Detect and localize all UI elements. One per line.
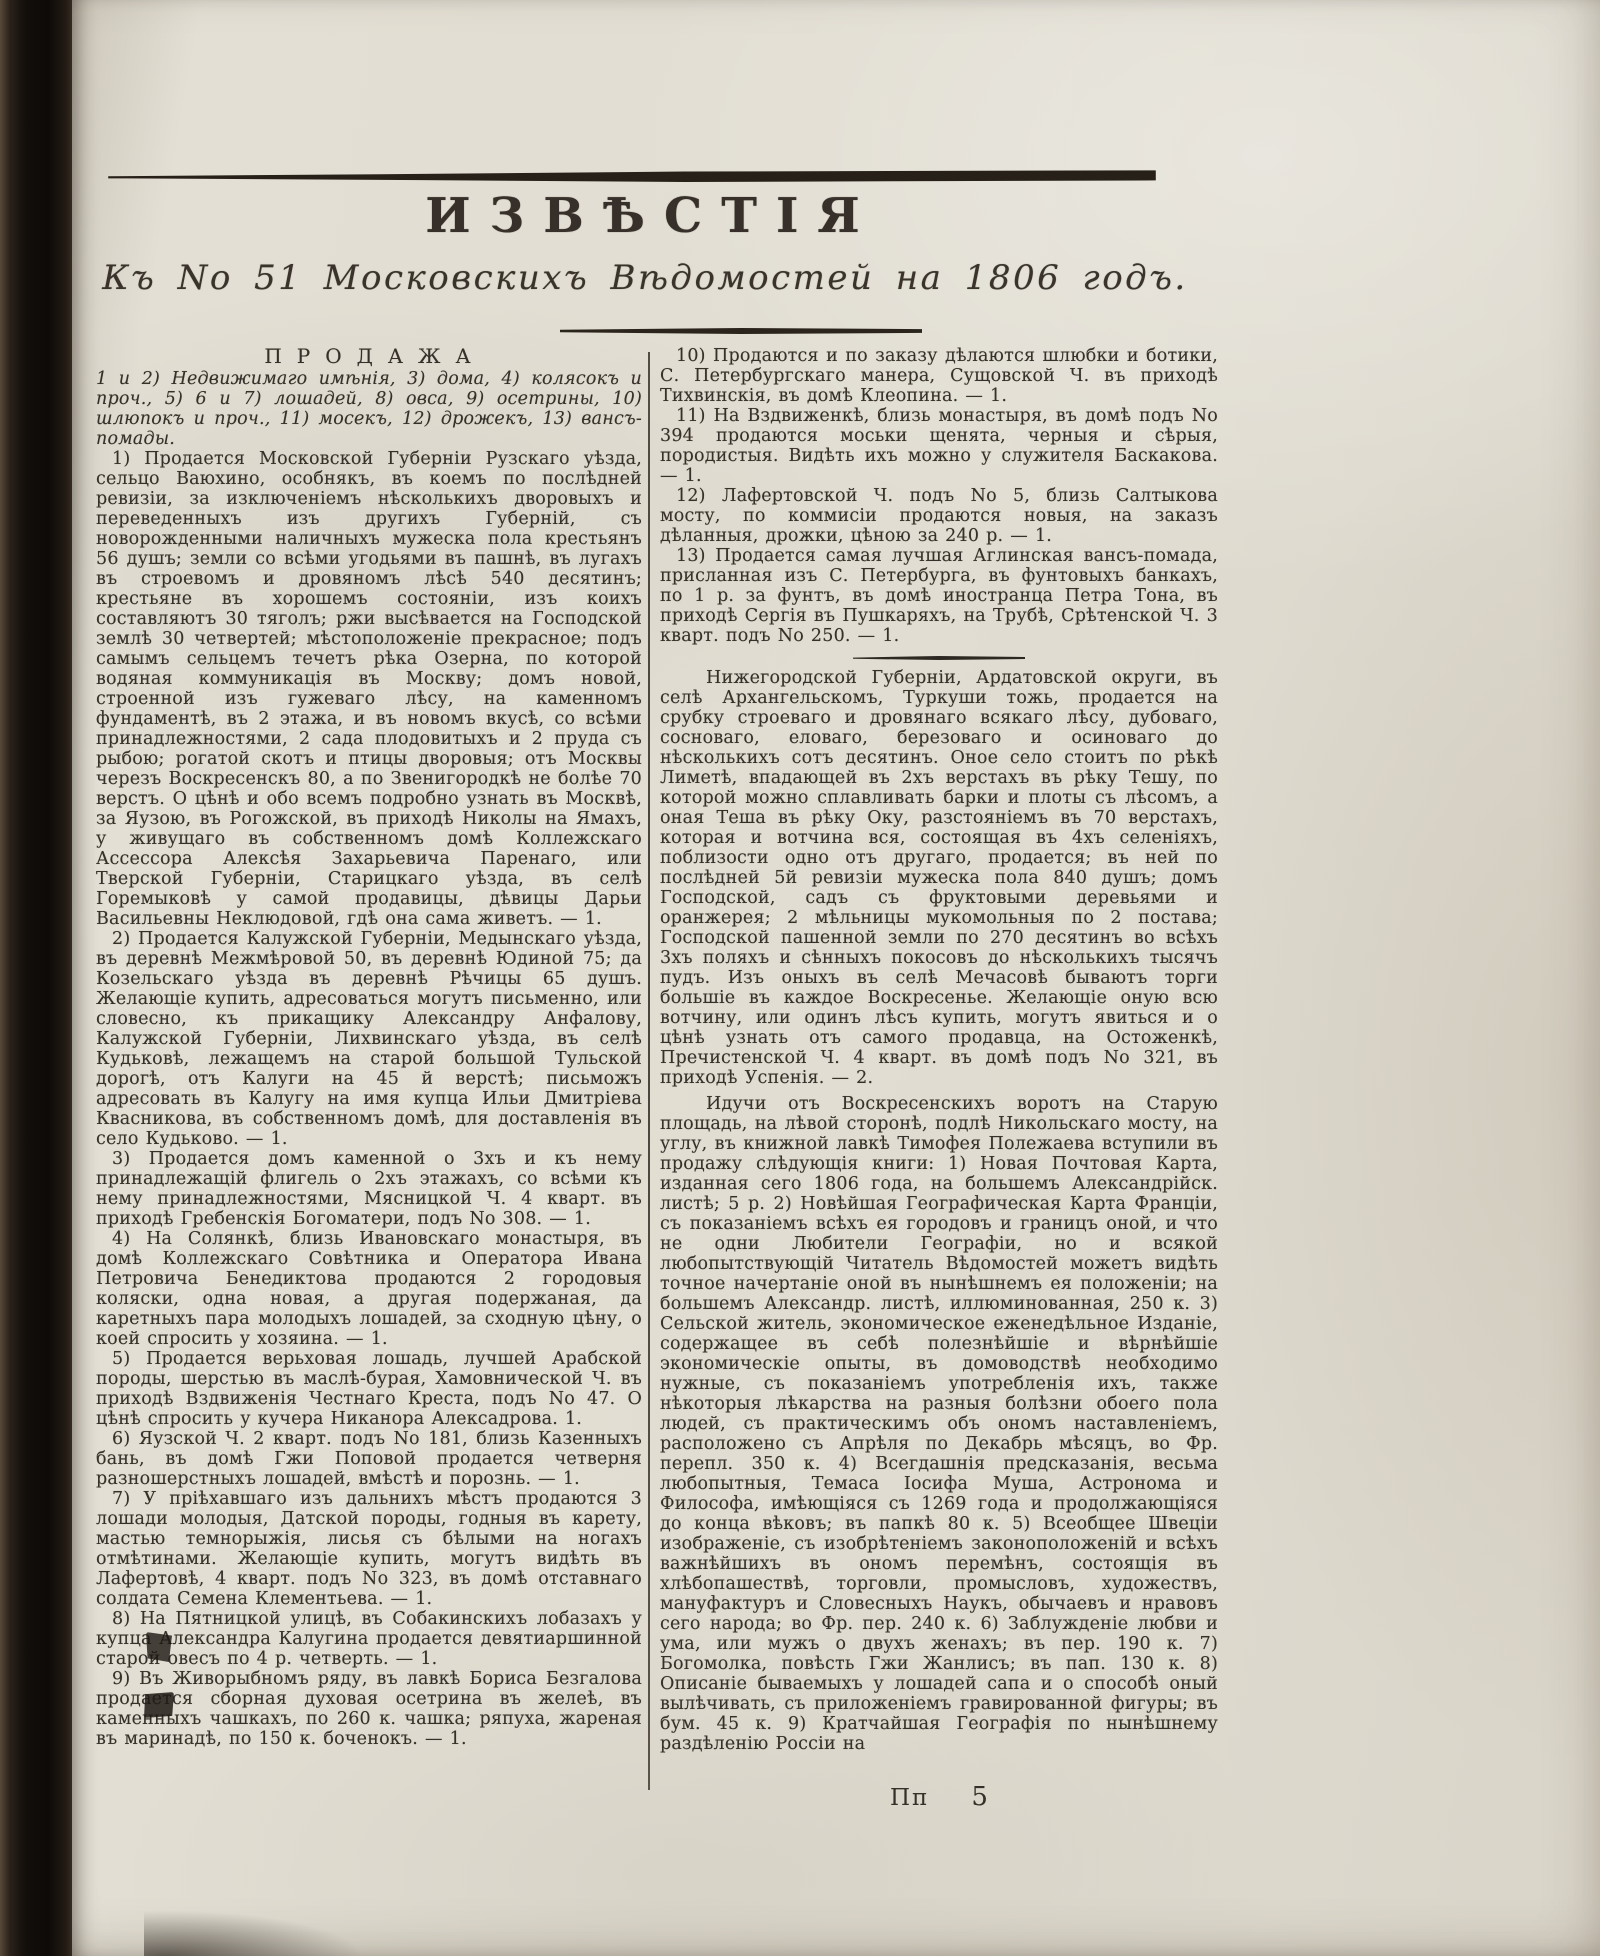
signature-page-number: 5 bbox=[971, 1782, 990, 1812]
column-divider-rule bbox=[648, 352, 650, 1790]
ad-paragraph-4: 4) На Солянкѣ, близь Ивановскаго монасты… bbox=[96, 1229, 642, 1349]
subtitle-rule bbox=[560, 328, 922, 334]
ad-paragraph-5: 5) Продается верьховая лошадь, лучшей Ар… bbox=[96, 1349, 642, 1429]
ad-paragraph-9: 9) Въ Живорыбномъ ряду, въ лавкѣ Бориса … bbox=[96, 1669, 642, 1749]
ad-paragraph-7: 7) У пріѣхавшаго изъ дальнихъ мѣстъ прод… bbox=[96, 1489, 642, 1609]
ad-paragraph-8: 8) На Пятницкой улицѣ, въ Собакинскихъ л… bbox=[96, 1609, 642, 1669]
notice-bookshop: Идучи отъ Воскресенскихъ воротъ на Стару… bbox=[660, 1094, 1218, 1754]
ink-bleed-mark bbox=[146, 1632, 172, 1662]
ad-paragraph-10: 10) Продаются и по заказу дѣлаются шлюбк… bbox=[660, 346, 1218, 406]
page-title: ИЗВѢСТІЯ bbox=[132, 188, 1172, 244]
right-column: 10) Продаются и по заказу дѣлаются шлюбк… bbox=[660, 346, 1218, 1754]
section-separator-rule bbox=[853, 656, 1025, 660]
page-subtitle: Къ No 51 Московскихъ Вѣдомостей на 1806 … bbox=[100, 258, 1190, 298]
section-index: 1 и 2) Недвижимаго имѣнія, 3) дома, 4) к… bbox=[96, 369, 642, 449]
left-column: ПРОДАЖА 1 и 2) Недвижимаго имѣнія, 3) до… bbox=[96, 346, 642, 1749]
ad-paragraph-6: 6) Яузской Ч. 2 кварт. подъ No 181, близ… bbox=[96, 1429, 642, 1489]
ad-paragraph-13: 13) Продается самая лучшая Аглинская ван… bbox=[660, 546, 1218, 646]
ad-paragraph-3: 3) Продается домъ каменной о 3хъ и къ не… bbox=[96, 1149, 642, 1229]
corner-shadow bbox=[144, 1910, 364, 1956]
ad-paragraph-11: 11) На Вздвиженкѣ, близь монастыря, въ д… bbox=[660, 406, 1218, 486]
printers-signature: Пп5 bbox=[890, 1782, 990, 1812]
section-heading-prodazha: ПРОДАЖА bbox=[108, 346, 642, 366]
signature-mark: Пп bbox=[890, 1785, 929, 1811]
ad-paragraph-12: 12) Лафертовской Ч. подъ No 5, близь Сал… bbox=[660, 486, 1218, 546]
newspaper-page: ИЗВѢСТІЯ Къ No 51 Московскихъ Вѣдомостей… bbox=[72, 0, 1600, 1956]
ad-paragraph-1: 1) Продается Московской Губерніи Рузскаг… bbox=[96, 449, 642, 929]
masthead-top-rule bbox=[108, 170, 1156, 183]
ink-bleed-mark bbox=[144, 1692, 174, 1718]
notice-estate-sale: Нижегородской Губерніи, Ардатовской окру… bbox=[660, 668, 1218, 1088]
ad-paragraph-2: 2) Продается Калужской Губерніи, Медынск… bbox=[96, 929, 642, 1149]
